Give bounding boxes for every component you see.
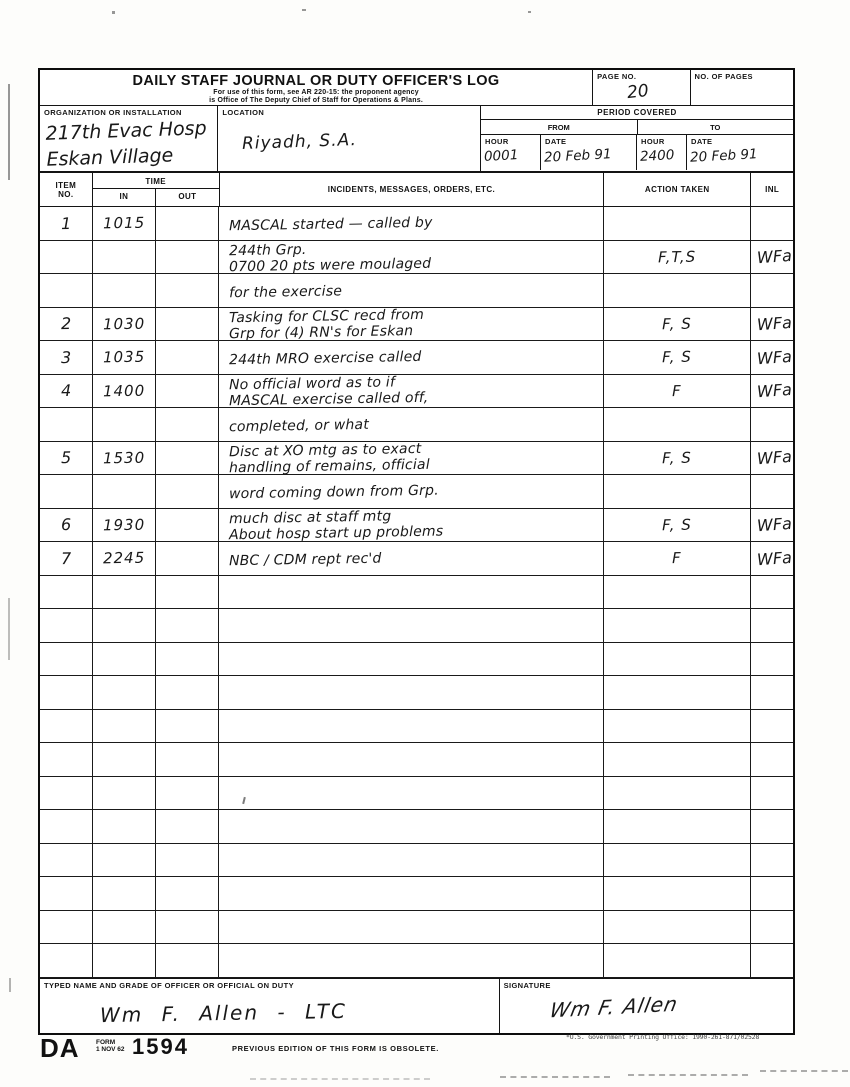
incident-text-line1 [229, 789, 603, 796]
time-in-value: 1530 [103, 448, 145, 467]
time-in-cell: 1530 [93, 442, 157, 475]
action-taken-value: F, S [662, 314, 692, 333]
form-title: DAILY STAFF JOURNAL OR DUTY OFFICER'S LO… [40, 73, 592, 89]
initials-value: WFa [756, 380, 792, 401]
time-out-cell [156, 743, 219, 776]
scan-artifact-left-edge [9, 978, 11, 992]
journal-row: 5 1530 Disc at XO mtg as to exact handli… [40, 442, 793, 476]
incident-text-line1 [229, 923, 603, 930]
time-out-cell [156, 442, 219, 475]
form-subtitle-line2: is Office of The Deputy Chief of Staff f… [40, 97, 592, 105]
inl-cell [751, 777, 793, 810]
from-date-value: 20 Feb 91 [544, 146, 612, 166]
inl-cell: WFa [751, 341, 793, 374]
item-no-cell [40, 609, 93, 642]
incident-text-line2 [229, 957, 603, 964]
time-in-cell [93, 777, 157, 810]
journal-row [40, 743, 793, 777]
inl-cell [751, 676, 793, 709]
action-taken-cell [604, 408, 751, 441]
from-hour-value: 0001 [484, 147, 519, 165]
time-in-cell [93, 676, 157, 709]
action-taken-cell [604, 274, 751, 307]
incident-cell: for the exercise [219, 274, 604, 307]
journal-table-body: 1 1015 MASCAL started — called by 244th … [40, 207, 793, 978]
time-in-cell [93, 944, 157, 977]
item-no-cell: 4 [40, 375, 93, 408]
time-in-cell [93, 274, 157, 307]
incident-cell [219, 609, 604, 642]
time-out-cell [156, 576, 219, 609]
incident-text-line1: NBC / CDM rept rec'd [229, 547, 603, 569]
period-to-label: TO [638, 120, 794, 134]
incident-cell: 244th MRO exercise called [219, 341, 604, 374]
to-hour-label: HOUR [637, 135, 686, 146]
incident-text-line1 [229, 622, 603, 629]
incident-cell [219, 676, 604, 709]
incident-cell: NBC / CDM rept rec'd [219, 542, 604, 575]
inl-cell [751, 408, 793, 441]
time-in-value: 1930 [103, 515, 145, 534]
organization-value: 217th Evac HospEskan Village [45, 115, 208, 173]
inl-cell [751, 274, 793, 307]
action-taken-cell [604, 743, 751, 776]
time-in-cell [93, 810, 157, 843]
inl-cell [751, 576, 793, 609]
action-taken-cell [604, 475, 751, 508]
column-header-time-in: IN [93, 189, 157, 206]
to-hour-field: HOUR 2400 [637, 135, 687, 170]
action-taken-value: F [672, 382, 682, 400]
journal-row [40, 643, 793, 677]
incident-text-line1 [229, 722, 603, 729]
time-out-cell [156, 643, 219, 676]
incident-text-line2 [229, 789, 603, 796]
action-taken-cell [604, 810, 751, 843]
item-no-cell: 6 [40, 509, 93, 542]
journal-row: word coming down from Grp. [40, 475, 793, 509]
time-out-cell [156, 274, 219, 307]
inl-cell [751, 710, 793, 743]
incident-text-line1 [229, 756, 603, 763]
item-no-value: 4 [61, 381, 72, 400]
time-in-cell [93, 241, 157, 274]
time-out-cell [156, 241, 219, 274]
inl-cell: WFa [751, 375, 793, 408]
incident-text-line2 [229, 856, 603, 863]
incident-text-line1: for the exercise [229, 279, 603, 301]
item-no-value: 3 [61, 348, 72, 367]
incident-text-line1 [229, 890, 603, 897]
incident-text-line2 [229, 756, 603, 763]
scan-artifact-dashed-line [500, 1076, 610, 1078]
to-date-value: 20 Feb 91 [690, 146, 758, 166]
item-no-cell [40, 643, 93, 676]
time-out-cell [156, 542, 219, 575]
da-mark: DA [40, 1033, 80, 1064]
signature-field: SIGNATURE Wm F. Allen [500, 979, 793, 1033]
action-taken-value: F, S [662, 448, 692, 467]
time-in-value: 2245 [103, 549, 145, 568]
time-in-cell: 1030 [93, 308, 157, 341]
time-in-cell [93, 576, 157, 609]
time-out-cell [156, 844, 219, 877]
initials-value: WFa [756, 447, 792, 468]
time-in-cell [93, 877, 157, 910]
incident-cell [219, 944, 604, 977]
action-taken-cell [604, 207, 751, 240]
item-no-value: 1 [61, 214, 72, 233]
incident-cell [219, 710, 604, 743]
incident-text-line1 [229, 823, 603, 830]
incident-text-line2 [229, 823, 603, 830]
incident-cell: MASCAL started — called by [219, 207, 604, 240]
inl-cell [751, 810, 793, 843]
item-no-cell: 2 [40, 308, 93, 341]
item-no-cell: 7 [40, 542, 93, 575]
item-no-cell: 3 [40, 341, 93, 374]
journal-row [40, 710, 793, 744]
location-field: LOCATION Riyadh, S.A. [218, 106, 481, 171]
scan-artifact-left-edge [8, 84, 10, 180]
time-in-cell [93, 844, 157, 877]
initials-value: WFa [756, 313, 792, 334]
action-taken-cell: F, S [604, 308, 751, 341]
incident-text-line2 [229, 722, 603, 729]
typed-name-label: TYPED NAME AND GRADE OF OFFICER OR OFFIC… [40, 979, 499, 990]
incident-text-line1: 244th MRO exercise called [229, 346, 603, 368]
initials-value: WFa [756, 246, 792, 267]
action-taken-value: F, S [662, 348, 692, 367]
time-out-cell [156, 676, 219, 709]
initials-value: WFa [756, 347, 792, 368]
time-out-cell [156, 341, 219, 374]
inl-cell: WFa [751, 509, 793, 542]
to-date-label: DATE [687, 135, 793, 146]
incident-text-line2 [229, 923, 603, 930]
time-out-cell [156, 911, 219, 944]
inl-cell [751, 609, 793, 642]
journal-row [40, 777, 793, 811]
time-out-cell [156, 207, 219, 240]
action-taken-cell [604, 710, 751, 743]
incident-cell: Tasking for CLSC recd from Grp for (4) R… [219, 308, 604, 341]
item-no-cell [40, 408, 93, 441]
time-out-cell [156, 509, 219, 542]
from-date-field: DATE 20 Feb 91 [541, 135, 637, 170]
action-taken-cell [604, 911, 751, 944]
item-no-cell [40, 777, 93, 810]
action-taken-cell [604, 844, 751, 877]
incident-text-line1: MASCAL started — called by [229, 212, 603, 234]
journal-row [40, 844, 793, 878]
time-out-cell [156, 408, 219, 441]
scan-artifact-dashed-line [760, 1070, 848, 1072]
gpo-print-note: *U.S. Government Printing Office: 1990-2… [566, 1033, 759, 1041]
org-location-period-row: ORGANIZATION OR INSTALLATION 217th Evac … [40, 106, 793, 172]
item-no-cell [40, 576, 93, 609]
journal-row [40, 944, 793, 978]
item-no-cell [40, 676, 93, 709]
inl-cell [751, 475, 793, 508]
item-no-cell [40, 844, 93, 877]
journal-row [40, 676, 793, 710]
time-out-cell [156, 375, 219, 408]
action-taken-cell: F [604, 375, 751, 408]
journal-row: completed, or what [40, 408, 793, 442]
item-no-cell [40, 710, 93, 743]
item-no-cell: 5 [40, 442, 93, 475]
incident-cell [219, 743, 604, 776]
initials-value: WFa [756, 514, 792, 535]
inl-cell [751, 877, 793, 910]
typed-name-value: Wm F. Allen - LTC [100, 998, 347, 1026]
incident-cell: 244th Grp. 0700 20 pts were moulaged [219, 241, 604, 274]
incident-cell: completed, or what [219, 408, 604, 441]
incident-text-line1 [229, 856, 603, 863]
incident-text-line2 [229, 689, 603, 696]
da-form-1594: DAILY STAFF JOURNAL OR DUTY OFFICER'S LO… [38, 68, 795, 1035]
incident-cell [219, 877, 604, 910]
incident-cell [219, 643, 604, 676]
item-no-value: 7 [61, 549, 72, 568]
journal-row: for the exercise [40, 274, 793, 308]
typed-name-field: TYPED NAME AND GRADE OF OFFICER OR OFFIC… [40, 979, 500, 1033]
period-covered-label: PERIOD COVERED [481, 106, 793, 120]
page-no-label: PAGE NO. [593, 70, 689, 81]
action-taken-cell [604, 944, 751, 977]
incident-text-line1 [229, 689, 603, 696]
incident-cell: word coming down from Grp. [219, 475, 604, 508]
action-taken-cell [604, 609, 751, 642]
journal-row [40, 911, 793, 945]
scan-artifact-speck [528, 11, 531, 13]
incident-text-line1: completed, or what [229, 413, 603, 435]
time-in-cell [93, 609, 157, 642]
journal-row: 2 1030 Tasking for CLSC recd from Grp fo… [40, 308, 793, 342]
form-title-block: DAILY STAFF JOURNAL OR DUTY OFFICER'S LO… [40, 70, 593, 105]
journal-row [40, 576, 793, 610]
journal-row: 4 1400 No official word as to if MASCAL … [40, 375, 793, 409]
inl-cell [751, 207, 793, 240]
journal-row: 3 1035 244th MRO exercise called F, S WF… [40, 341, 793, 375]
column-header-incidents: INCIDENTS, MESSAGES, ORDERS, ETC. [220, 173, 605, 206]
time-in-value: 1015 [103, 214, 145, 233]
item-no-cell [40, 810, 93, 843]
item-no-cell: 1 [40, 207, 93, 240]
item-no-cell [40, 877, 93, 910]
scan-artifact-dashed-line [628, 1074, 748, 1076]
time-in-value: 1030 [103, 314, 145, 333]
incident-cell: Disc at XO mtg as to exact handling of r… [219, 442, 604, 475]
organization-field: ORGANIZATION OR INSTALLATION 217th Evac … [40, 106, 218, 171]
incident-cell [219, 777, 604, 810]
time-in-cell [93, 710, 157, 743]
inl-cell [751, 844, 793, 877]
form-edition: FORM1 NOV 62 [96, 1039, 125, 1053]
scan-artifact-speck [112, 11, 115, 14]
time-out-cell [156, 877, 219, 910]
scan-artifact-left-edge [8, 598, 10, 660]
incident-text-line1 [229, 588, 603, 595]
signature-value: Wm F. Allen [547, 991, 680, 1022]
column-header-inl: INL [751, 173, 793, 206]
time-out-cell [156, 609, 219, 642]
journal-table-header: ITEMNO. TIME IN OUT INCIDENTS, MESSAGES,… [40, 172, 793, 207]
time-in-cell [93, 911, 157, 944]
time-in-cell [93, 643, 157, 676]
page-no-value: 20 [626, 81, 650, 103]
time-out-cell [156, 944, 219, 977]
time-in-cell: 1035 [93, 341, 157, 374]
time-in-cell [93, 475, 157, 508]
inl-cell: WFa [751, 308, 793, 341]
time-in-value: 1035 [103, 348, 145, 367]
incident-cell: No official word as to if MASCAL exercis… [219, 375, 604, 408]
column-header-action-taken: ACTION TAKEN [604, 173, 751, 206]
inl-cell [751, 911, 793, 944]
item-no-cell [40, 475, 93, 508]
time-out-cell [156, 810, 219, 843]
form-footer: DA FORM1 NOV 62 1594 PREVIOUS EDITION OF… [40, 1031, 820, 1065]
inl-cell: WFa [751, 241, 793, 274]
incident-cell [219, 844, 604, 877]
column-header-time-out: OUT [156, 189, 219, 206]
form-subtitle-line1: For use of this form, see AR 220-15: the… [40, 89, 592, 97]
scanned-document-page: { "form": { "title": "DAILY STAFF JOURNA… [0, 0, 850, 1087]
item-no-value: 2 [61, 314, 72, 333]
no-of-pages-label: NO. OF PAGES [691, 70, 793, 81]
form-title-row: DAILY STAFF JOURNAL OR DUTY OFFICER'S LO… [40, 70, 793, 106]
time-out-cell [156, 475, 219, 508]
time-in-cell: 1400 [93, 375, 157, 408]
journal-row [40, 609, 793, 643]
item-no-cell [40, 743, 93, 776]
to-date-field: DATE 20 Feb 91 [687, 135, 793, 170]
column-header-item-no: ITEMNO. [40, 173, 93, 206]
inl-cell [751, 643, 793, 676]
action-taken-cell [604, 877, 751, 910]
time-in-cell [93, 743, 157, 776]
from-hour-field: HOUR 0001 [481, 135, 541, 170]
item-no-cell [40, 944, 93, 977]
obsolete-note: PREVIOUS EDITION OF THIS FORM IS OBSOLET… [232, 1044, 439, 1053]
action-taken-value: F,T,S [658, 247, 696, 266]
incident-cell [219, 576, 604, 609]
action-taken-value: F, S [662, 515, 692, 534]
incident-text-line1 [229, 655, 603, 662]
item-no-cell [40, 911, 93, 944]
incident-text-line2 [229, 622, 603, 629]
time-out-cell [156, 777, 219, 810]
action-taken-cell: F, S [604, 442, 751, 475]
signature-block-row: TYPED NAME AND GRADE OF OFFICER OR OFFIC… [40, 978, 793, 1033]
incident-cell [219, 911, 604, 944]
time-in-cell [93, 408, 157, 441]
incident-text-line2 [229, 890, 603, 897]
incident-cell: much disc at staff mtg About hosp start … [219, 509, 604, 542]
inl-cell: WFa [751, 542, 793, 575]
time-in-cell: 1930 [93, 509, 157, 542]
incident-text-line2 [229, 588, 603, 595]
incident-text-line1: word coming down from Grp. [229, 480, 603, 502]
item-no-cell [40, 241, 93, 274]
time-in-cell: 2245 [93, 542, 157, 575]
from-date-label: DATE [541, 135, 636, 146]
page-no-field: PAGE NO. 20 [593, 70, 690, 105]
action-taken-cell [604, 676, 751, 709]
incident-text-line2 [229, 655, 603, 662]
inl-cell: WFa [751, 442, 793, 475]
item-no-value: 6 [61, 515, 72, 534]
scan-artifact-speck [302, 9, 306, 11]
journal-row [40, 810, 793, 844]
item-no-cell [40, 274, 93, 307]
action-taken-cell [604, 576, 751, 609]
time-in-cell: 1015 [93, 207, 157, 240]
no-of-pages-field: NO. OF PAGES [691, 70, 793, 105]
journal-row [40, 877, 793, 911]
scan-artifact-dashed-line [250, 1078, 430, 1080]
incident-text-line1 [229, 957, 603, 964]
form-number: 1594 [132, 1034, 189, 1060]
location-value: Riyadh, S.A. [242, 130, 358, 154]
action-taken-cell [604, 643, 751, 676]
time-in-value: 1400 [103, 381, 145, 400]
action-taken-cell: F, S [604, 509, 751, 542]
journal-row: 7 2245 NBC / CDM rept rec'd F WFa [40, 542, 793, 576]
to-hour-value: 2400 [640, 147, 675, 165]
inl-cell [751, 944, 793, 977]
item-no-value: 5 [61, 448, 72, 467]
action-taken-cell: F [604, 542, 751, 575]
column-header-time: TIME IN OUT [93, 173, 220, 206]
period-from-label: FROM [481, 120, 638, 134]
location-label: LOCATION [218, 106, 480, 117]
initials-value: WFa [756, 548, 792, 569]
from-hour-label: HOUR [481, 135, 540, 146]
period-covered-block: PERIOD COVERED FROM TO HOUR 0001 DATE 20… [481, 106, 793, 171]
journal-row: 1 1015 MASCAL started — called by [40, 207, 793, 241]
time-out-cell [156, 308, 219, 341]
time-out-cell [156, 710, 219, 743]
incident-cell [219, 810, 604, 843]
journal-row: 244th Grp. 0700 20 pts were moulaged F,T… [40, 241, 793, 275]
action-taken-cell: F,T,S [604, 241, 751, 274]
journal-row: 6 1930 much disc at staff mtg About hosp… [40, 509, 793, 543]
signature-label: SIGNATURE [500, 979, 793, 990]
action-taken-cell: F, S [604, 341, 751, 374]
action-taken-value: F [672, 549, 682, 567]
inl-cell [751, 743, 793, 776]
action-taken-cell [604, 777, 751, 810]
